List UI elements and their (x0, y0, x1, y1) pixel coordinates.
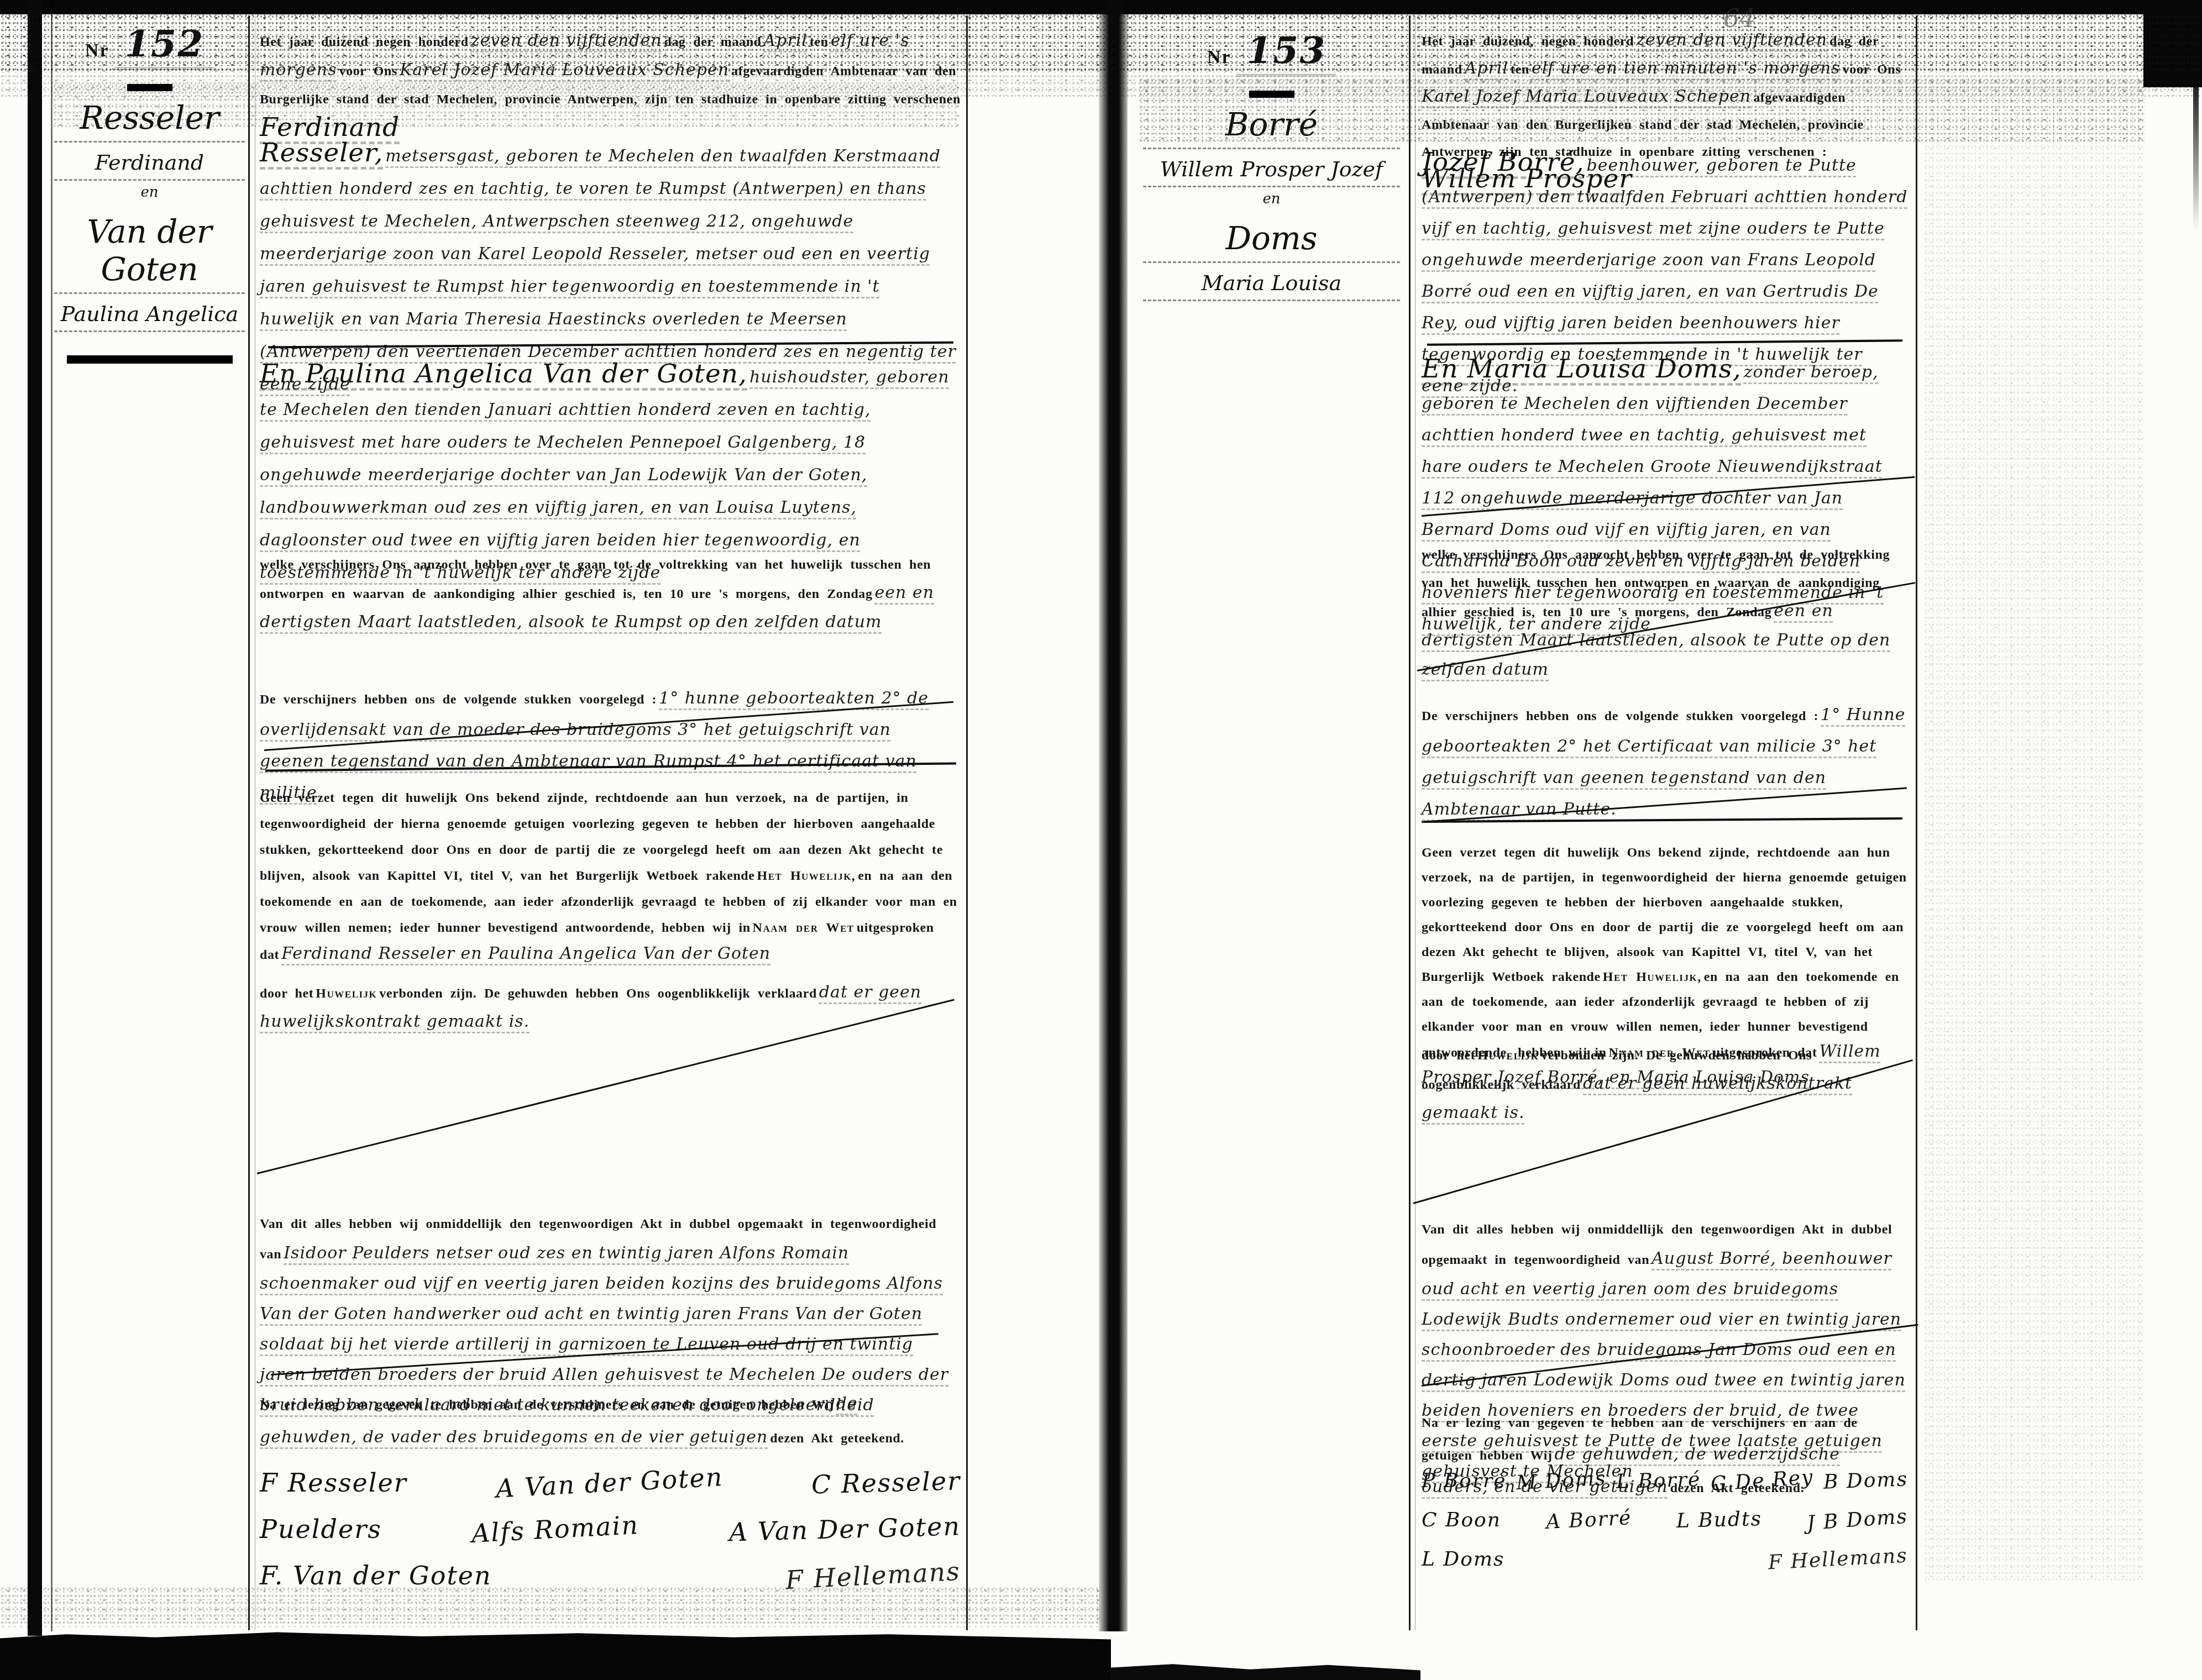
signature: A Van Der Goten (728, 1511, 961, 1547)
official-signature: F Hellemans (785, 1556, 961, 1595)
act-number-row: Nr 152 (54, 22, 245, 65)
printed-text: Huwelijk (1477, 1048, 1539, 1063)
signature: G De Rey (1710, 1466, 1815, 1496)
printed-text: voor Ons (1843, 62, 1901, 77)
margin-conjunction: en (54, 184, 245, 205)
printed-text: Het jaar duizend, negen honderd (1422, 34, 1634, 49)
signature: A Borré (1545, 1506, 1632, 1534)
printed-text: Huwelijk (316, 986, 377, 1001)
paragraph-opening: Het jaar duizend negen honderd zeven den… (260, 28, 961, 147)
margin-bride-surname: Van der Goten (54, 213, 245, 294)
signature-row: Puelders Alfs Romain A Van Der Goten (260, 1514, 961, 1544)
act-number-row: Nr 153 (1143, 29, 1400, 72)
act-number-label: Nr (1207, 47, 1231, 67)
signature: L Borré (1616, 1468, 1701, 1493)
handwritten-text: metsersgast, geboren te Mechelen den twa… (260, 146, 956, 394)
signature: A Van der Goten (495, 1462, 723, 1503)
margin-groom-surname: Resseler (54, 99, 245, 143)
handwritten-text: Jozef Borré, (1422, 147, 1585, 177)
printed-text: voor Ons (339, 64, 397, 78)
act-number: 152 (114, 22, 214, 70)
signature: L Doms (1422, 1548, 1505, 1571)
handwritten-text: zeven den vijftienden (471, 31, 662, 50)
text-column-rule (966, 15, 968, 1630)
handwritten-text: Karel Jozef Maria Louveaux Schepen (400, 60, 729, 80)
margin-heavy-bar (67, 355, 233, 364)
paragraph-banns: welke verschijners Ons aanzocht hebben o… (260, 552, 961, 638)
signature: F Resseler (260, 1468, 407, 1498)
handwritten-text: zeven den vijftienden (1636, 30, 1827, 50)
signature: C Boon (1422, 1509, 1501, 1531)
paragraph-marriage-declared: door het Huwelijk verbonden zijn. De geh… (260, 979, 961, 1038)
handwritten-text: Ferdinand Resseler en Paulina Angelica V… (281, 944, 770, 963)
printed-text: De verschijners hebben ons de volgende s… (1422, 709, 1818, 723)
margin-groom-surname: Borré (1143, 106, 1400, 149)
paragraph-closing: Na er lezing van gegeven te hebben aan d… (260, 1388, 961, 1456)
paragraph-marriage-declared: door het Huwelijk verbonden zijn. De geh… (1422, 1042, 1908, 1129)
margin-conjunction: en (1143, 191, 1400, 212)
scan-bottom-edge (0, 1629, 1111, 1680)
paragraph-documents: De verschijners hebben ons de volgende s… (1422, 701, 1908, 827)
margin-rule (1415, 15, 1415, 1630)
printed-text: verbonden zijn. De gehuwden hebben Ons o… (379, 986, 817, 1001)
printed-text: Naam der Wet (753, 921, 854, 935)
handwritten-text: Resseler, (260, 138, 383, 168)
act-margin-left: Nr 152 Resseler Ferdinand en Van der Got… (54, 22, 245, 364)
margin-bride-given-names: Maria Louisa (1143, 271, 1400, 301)
margin-groom-given-names: Willem Prosper Jozef (1143, 157, 1400, 187)
signature-row: F. Van der Goten F Hellemans (260, 1561, 961, 1590)
act-number-label: Nr (85, 40, 109, 61)
scanned-register-spread: 64 Nr 152 Resseler Ferdinand en Van der … (0, 0, 2202, 1680)
signature-row: C Boon A Borré L Budts J B Doms (1422, 1509, 1908, 1531)
printed-text: welke verschijners Ons aanzocht hebben o… (260, 558, 931, 601)
printed-text: Het jaar duizend negen honderd (260, 35, 469, 49)
scan-noise (1923, 144, 2145, 1581)
paragraph-no-opposition: Geen verzet tegen dit huwelijk Ons beken… (260, 786, 961, 969)
book-gutter-shadow (1099, 0, 1128, 1631)
signature-row: L Doms F Hellemans (1422, 1548, 1908, 1571)
printed-text: dag der maand (664, 35, 761, 49)
margin-dash (1249, 91, 1294, 98)
paragraph-banns: welke verschijners Ons aanzocht hebben o… (1422, 542, 1908, 686)
margin-rule (255, 15, 255, 1630)
printed-text: ten (1511, 62, 1529, 77)
handwritten-text: elf ure en tien minuten 's morgens (1532, 59, 1841, 78)
act-margin-right: Nr 153 Borré Willem Prosper Jozef en Dom… (1143, 29, 1400, 301)
signatures-block: F Resseler A Van der Goten C Resseler Pu… (260, 1468, 961, 1607)
handwritten-text: En Maria Louisa Doms, (1422, 354, 1742, 384)
official-signature: F Hellemans (1768, 1544, 1909, 1574)
scan-bottom-edge-right (1111, 1662, 1420, 1680)
printed-text: Het Huwelijk, (1603, 970, 1702, 984)
signatures-block: P Borré M Doms L Borré G De Rey B Doms C… (1422, 1469, 1908, 1587)
signature: B Doms (1823, 1468, 1908, 1493)
handwritten-text: April (1465, 59, 1508, 78)
act-number: 153 (1236, 29, 1336, 76)
scan-top-right-corner (2143, 0, 2202, 87)
scan-left-edge (28, 0, 42, 1636)
signature: P Borré (1422, 1469, 1507, 1492)
scan-right-edge (2193, 87, 2199, 231)
signature: Puelders (260, 1514, 382, 1544)
signature-row: F Resseler A Van der Goten C Resseler (260, 1468, 961, 1498)
handwritten-text: huishoudster, geboren te Mechelen den ti… (260, 368, 950, 582)
printed-text: De verschijners hebben ons de volgende s… (260, 692, 657, 707)
page-edge-line (51, 0, 53, 1631)
signature: Alfs Romain (471, 1510, 639, 1548)
signature-row: P Borré M Doms L Borré G De Rey B Doms (1422, 1469, 1908, 1492)
printed-text: door het (1422, 1048, 1475, 1063)
margin-rule (1409, 15, 1411, 1630)
signature: M Doms (1516, 1467, 1607, 1494)
printed-text: Het Huwelijk, (757, 869, 856, 883)
signature: F. Van der Goten (260, 1561, 492, 1590)
text-column-rule (1916, 15, 1917, 1630)
signature: C Resseler (811, 1466, 961, 1499)
signature: L Budts (1676, 1508, 1763, 1532)
printed-text: dezen Akt geteekend. (770, 1431, 904, 1446)
printed-text: ten (810, 35, 829, 49)
handwritten-text: En Paulina Angelica Van der Goten, (260, 359, 747, 389)
act-body-left: Het jaar duizend negen honderd zeven den… (260, 19, 961, 1632)
printed-text: Na er lezing van gegeven te hebben aan d… (260, 1398, 834, 1412)
margin-rule (248, 15, 250, 1630)
margin-bride-surname: Doms (1143, 219, 1400, 263)
handwritten-text: April (764, 31, 808, 50)
act-body-right: Het jaar duizend, negen honderd zeven de… (1422, 19, 1908, 1632)
margin-groom-given-names: Ferdinand (54, 150, 245, 181)
printed-text: door het (260, 986, 313, 1001)
margin-dash (127, 84, 172, 91)
printed-text: Geen verzet tegen dit huwelijk Ons beken… (1422, 846, 1907, 984)
handwritten-text: Karel Jozef Maria Louveaux Schepen (1422, 87, 1751, 106)
signature: J B Doms (1806, 1505, 1909, 1535)
margin-bride-given-names: Paulina Angelica (54, 302, 245, 332)
